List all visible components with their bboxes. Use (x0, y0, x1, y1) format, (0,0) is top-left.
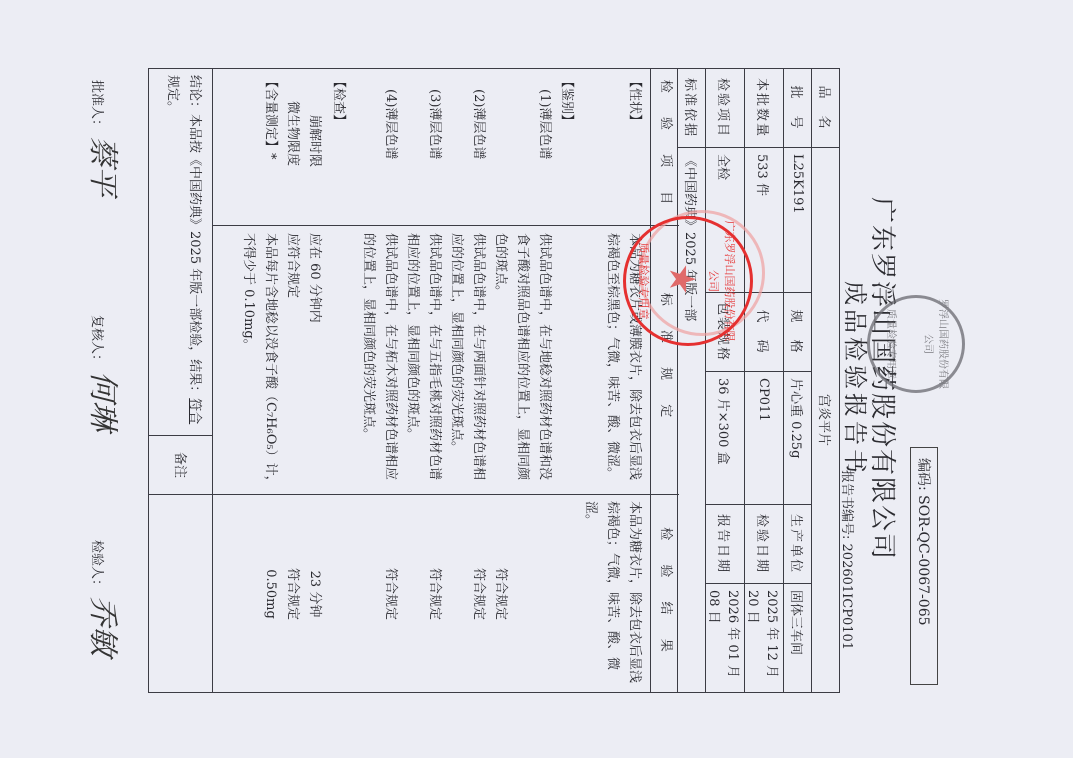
reviewer-label: 复核人： (89, 315, 104, 367)
document-code-box: 编码: SOR-QC-0067-065 (910, 447, 938, 685)
star-icon: ★ (661, 263, 702, 295)
row-item: (3)薄层色谱 (423, 75, 445, 221)
pack-value: 36 片×300 盒 (706, 372, 745, 505)
quantity-label: 本批数量 (745, 69, 784, 148)
code-value-cell: CP011 (745, 372, 784, 505)
code-value: SOR-QC-0067-065 (915, 495, 931, 625)
conclusion-text: 结论：本品按《中国药典》2025 年版一部检验，结果：符合规定。 (161, 75, 205, 431)
product-name: 宫炎平片 (812, 148, 840, 693)
red-seal-center-text: 质量检验专用章 (636, 219, 652, 343)
row-item: 崩解时限 (303, 75, 325, 221)
remarks-label: 备注 (172, 439, 191, 491)
row-result: 符合规定 (489, 501, 511, 687)
approver-signature: 批准人： 蔡平 (84, 80, 128, 196)
row-standard: 供试品色谱中，在与地稔对照药材色谱和没食子酸对照品色谱相应的位置上，显相同颜色的… (489, 233, 555, 489)
producer-label: 生产单位 (784, 505, 812, 584)
conclusion-verdict: 符合 (187, 398, 202, 424)
row-result: 符合规定 (423, 501, 445, 687)
row-standard: 应符合规定 (281, 233, 303, 489)
row-result: 0.50mg (259, 501, 281, 687)
product-info-table: 品 名 宫炎平片 批 号 L25K191 规 格 片心重 0.25g 生产单位 … (677, 68, 840, 693)
conclusion-prefix: 结论：本品按《中国药典》2025 年版一部检验，结果： (187, 75, 202, 398)
row-standard: 应在 60 分钟内 (303, 233, 325, 489)
column-divider (213, 494, 679, 495)
row-result: 符合规定 (281, 501, 303, 687)
producer-value: 固体三车间 (784, 584, 812, 693)
spec-value: 片心重 0.25g (784, 372, 812, 505)
row-standard: 供试品色谱中，在与两面针对照药材色谱相应的位置上，显相同颜色的荧光斑点。 (445, 233, 489, 489)
reviewer-name: 何琳 (85, 371, 120, 431)
row-standard: 供试品色谱中，在与五指毛桃对照药材色谱相应的位置上，显相同颜色的斑点。 (401, 233, 445, 489)
inspection-report-page: 广东罗浮山国药股份有限公司 成品检验报告书 罗浮山国药股份有限公司 质量检验专用… (0, 0, 1073, 758)
inspect-date-label: 检验日期 (745, 505, 784, 584)
gray-seal-stamp: 罗浮山国药股份有限公司 质量检验专用章 (867, 295, 965, 393)
column-divider (213, 225, 679, 226)
row-result: 符合规定 (379, 501, 401, 687)
column-divider (149, 435, 213, 436)
inspector-label: 检验人： (89, 540, 104, 592)
batch-value: L25K191 (784, 148, 812, 293)
row-standard: 供试品色谱中，在与柘木对照药材色谱相应的位置上，显相同颜色的荧光斑点。 (357, 233, 401, 489)
conclusion-suffix: 规定。 (165, 75, 180, 114)
gray-seal-ring-text: 罗浮山国药股份有限公司 (922, 298, 952, 390)
header-result: 检 验 结 果 (651, 495, 679, 694)
gray-seal-center-text: 质量检验专用章 (885, 298, 900, 390)
inspector-signature: 检验人： 乔敏 (84, 540, 128, 656)
red-seal-ring-text: 广东罗浮山国药股份有限公司 (706, 219, 738, 343)
report-date-value: 2026 年 01 月 08 日 (706, 584, 745, 693)
header-item: 检 验 项 目 (651, 69, 679, 225)
red-seal-stamp: 广东罗浮山国药股份有限公司 ★ 质量检验专用章 (623, 216, 753, 346)
inspect-date-value: 2025 年 12 月 20 日 (745, 584, 784, 693)
row-item: 【检查】 (327, 75, 349, 221)
report-number-label: 报告书编号: (839, 470, 854, 539)
product-name-label: 品 名 (812, 69, 840, 148)
reviewer-signature: 复核人： 何琳 (84, 315, 128, 431)
batch-label: 批 号 (784, 69, 812, 148)
report-number: 报告书编号: 202601ICP0101 (839, 470, 858, 650)
row-result: 本品为糖衣片，除去包衣后显浅棕褐色；气微，味苦、酸、微涩。 (579, 501, 645, 687)
approver-label: 批准人： (89, 80, 104, 132)
inspector-name: 乔敏 (85, 596, 120, 656)
row-item: 【性状】 (623, 75, 645, 221)
conclusion-box: 结论：本品按《中国药典》2025 年版一部检验，结果：符合规定。 备注 (148, 68, 213, 693)
column-divider (149, 494, 213, 495)
row-item: (2)薄层色谱 (467, 75, 489, 221)
row-item: (4)薄层色谱 (379, 75, 401, 221)
row-item: 【含量测定】* (259, 75, 281, 221)
row-result: 23 分钟 (303, 501, 325, 687)
code-label: 编码: (915, 458, 931, 491)
row-item: 【鉴别】 (555, 75, 577, 221)
row-standard: 本品每片含地稔以没食子酸（C₇H₆O₅）计，不得少于 0.10mg。 (237, 233, 281, 489)
row-result: 符合规定 (467, 501, 489, 687)
report-number-value: 202601ICP0101 (839, 544, 854, 651)
items-label: 检验项目 (706, 69, 745, 148)
spec-label: 规 格 (784, 293, 812, 372)
standard-label: 标准依据 (678, 69, 706, 148)
row-item: (1)薄层色谱 (533, 75, 555, 221)
row-item: 微生物限度 (281, 75, 303, 221)
approver-name: 蔡平 (85, 136, 120, 196)
report-date-label: 报告日期 (706, 505, 745, 584)
inspection-table: 检 验 项 目 标 准 规 定 检 验 结 果 【性状】 本品为糖衣片或薄膜衣片… (212, 68, 679, 693)
